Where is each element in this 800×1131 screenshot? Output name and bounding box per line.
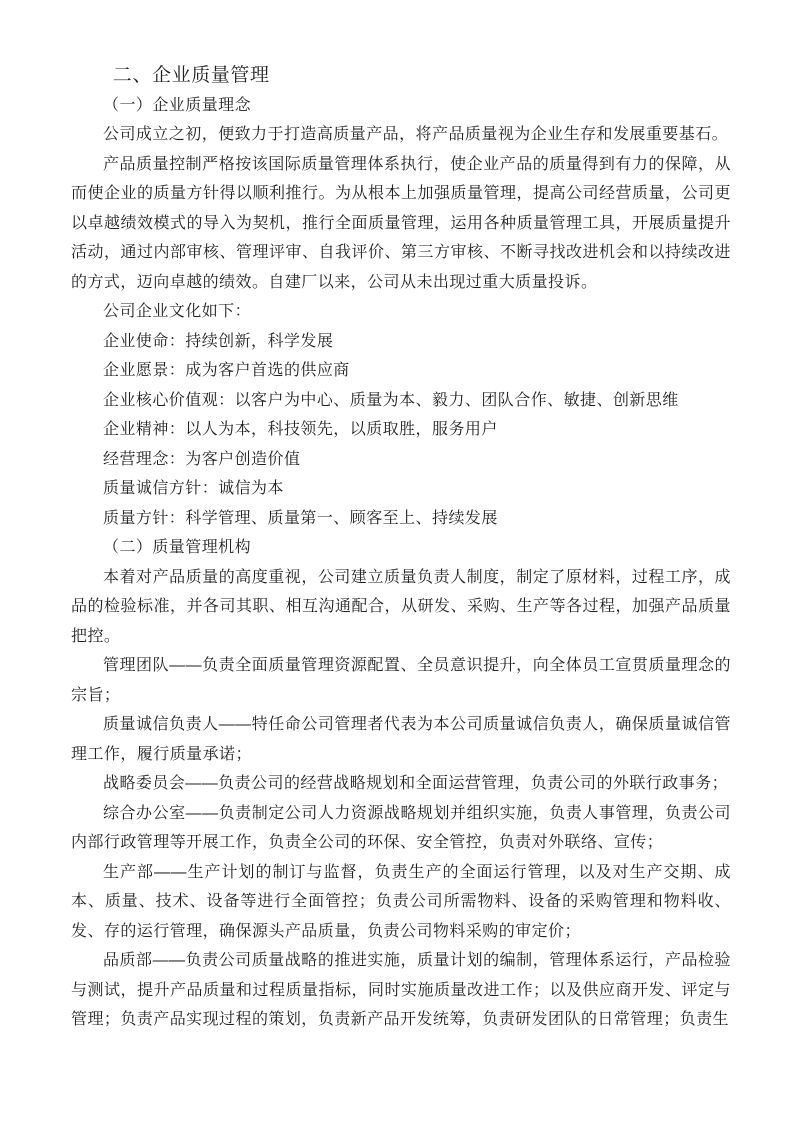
paragraph: 公司成立之初，便致力于打造高质量产品，将产品质量视为企业生存和发展重要基石。 [71, 120, 731, 150]
paragraph: 企业使命：持续创新，科学发展 [71, 327, 731, 357]
paragraph: 质量诚信负责人——特任命公司管理者代表为本公司质量诚信负责人，确保质量诚信管理工… [71, 710, 731, 769]
paragraph: 质量诚信方针：诚信为本 [71, 474, 731, 504]
paragraph: 企业精神：以人为本，科技领先，以质取胜，服务用户 [71, 415, 731, 445]
document-body: 二、企业质量管理（一）企业质量理念公司成立之初，便致力于打造高质量产品，将产品质… [71, 61, 731, 1035]
paragraph: 公司企业文化如下： [71, 297, 731, 327]
section-heading: 二、企业质量管理 [71, 61, 731, 91]
paragraph: 产品质量控制严格按该国际质量管理体系执行，使企业产品的质量得到有力的保障，从而使… [71, 150, 731, 298]
paragraph: 质量方针：科学管理、质量第一、顾客至上、持续发展 [71, 504, 731, 534]
paragraph: 品质部——负责公司质量战略的推进实施，质量计划的编制，管理体系运行，产品检验与测… [71, 946, 731, 1035]
paragraph: 经营理念：为客户创造价值 [71, 445, 731, 475]
paragraph: 本着对产品质量的高度重视，公司建立质量负责人制度，制定了原材料，过程工序，成品的… [71, 563, 731, 652]
paragraph: 战略委员会——负责公司的经营战略规划和全面运营管理，负责公司的外联行政事务； [71, 769, 731, 799]
subsection-heading: （二）质量管理机构 [71, 533, 731, 563]
paragraph: 综合办公室——负责制定公司人力资源战略规划并组织实施，负责人事管理，负责公司内部… [71, 799, 731, 858]
paragraph: 企业核心价值观：以客户为中心、质量为本、毅力、团队合作、敏捷、创新思维 [71, 386, 731, 416]
subsection-heading: （一）企业质量理念 [71, 91, 731, 121]
document-page: 二、企业质量管理（一）企业质量理念公司成立之初，便致力于打造高质量产品，将产品质… [0, 0, 800, 1131]
paragraph: 企业愿景：成为客户首选的供应商 [71, 356, 731, 386]
paragraph: 管理团队——负责全面质量管理资源配置、全员意识提升，向全体员工宣贯质量理念的宗旨… [71, 651, 731, 710]
paragraph: 生产部——生产计划的制订与监督，负责生产的全面运行管理，以及对生产交期、成本、质… [71, 858, 731, 947]
